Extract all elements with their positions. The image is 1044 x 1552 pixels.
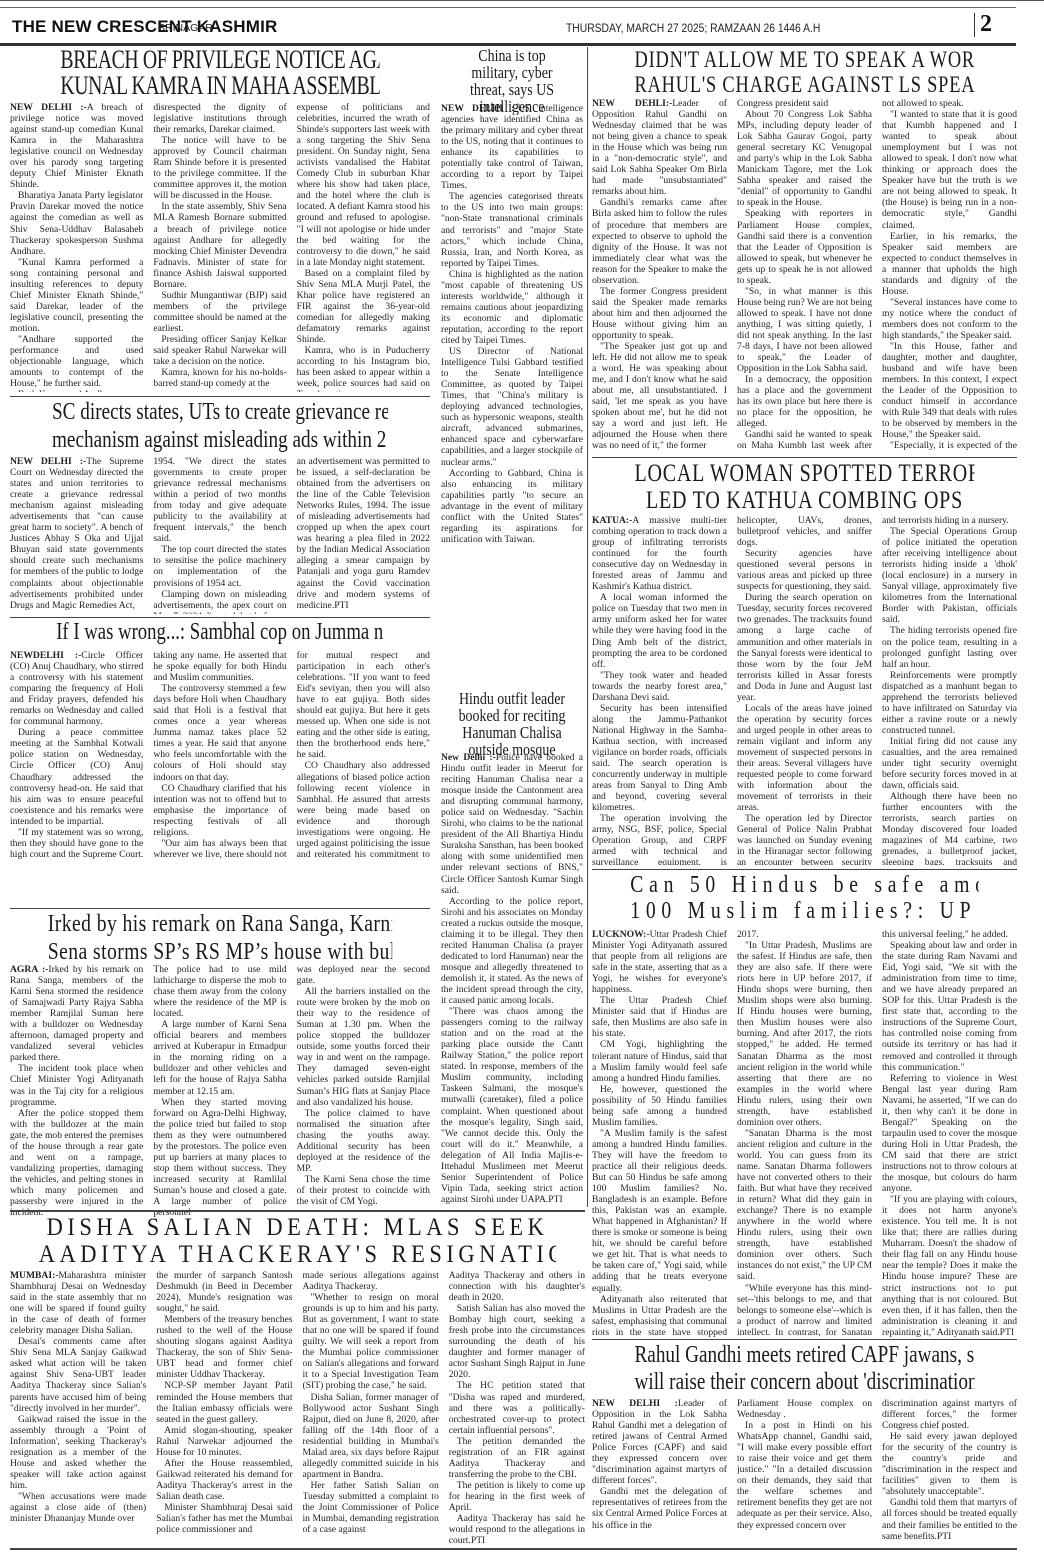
article-column: Congress president said About 70 Congres… [737, 98, 872, 452]
headline: If I was wrong...: Sambhal cop on Jumma … [56, 620, 384, 644]
section-divider [10, 396, 430, 397]
article-column: not allowed to speak. "I wanted to state… [882, 98, 1017, 452]
headline: Can 50 Hindus be safe among 100 Muslim f… [630, 872, 979, 924]
column-divider [587, 47, 588, 1207]
headline-line-1: Hindu outfit leader booked for reciting … [454, 690, 570, 758]
dateline: NEW DELHI :- [10, 102, 87, 113]
section-divider [592, 457, 1017, 458]
story-disha-salian: DISHA SALIAN DEATH: MLAS SEEK AADITYA TH… [10, 1214, 585, 1546]
headline-line-1: Irked by his remark on Rana Sanga, Karni [48, 910, 392, 938]
section-divider [10, 1210, 585, 1212]
article-column: NEWDELHI :-Circle Officer (CO) Anuj Chau… [10, 650, 143, 860]
headline: SC directs states, UTs to create grievan… [52, 398, 388, 454]
article-column: NEW DELHI :-The Supreme Court on Wednesd… [10, 456, 143, 614]
page-number-separator [974, 13, 975, 37]
section-divider [10, 908, 430, 909]
article-column: New Delhi :-Police have booked a Hindu o… [441, 752, 583, 1204]
page-number: 2 [980, 11, 992, 38]
article-column: and terrorists hiding in a nursery. The … [882, 515, 1017, 865]
article-column: for mutual respect and participation in … [297, 650, 430, 860]
dateline: NEWDELHI :- [10, 650, 81, 661]
section-divider [10, 617, 430, 618]
article-column: made serious allegations against Aaditya… [303, 1270, 439, 1546]
dateline: LUCKNOW:- [592, 929, 650, 940]
article-column: helicopter, UAVs, drones, bulletproof ve… [737, 515, 872, 865]
city-label: SRINAGAR [158, 22, 213, 34]
article-column: taking any name. He asserted that he spo… [153, 650, 286, 860]
story-rahul-speaker: DIDN'T ALLOW ME TO SPEAK A WORD: RAHUL'S… [592, 47, 1017, 452]
headline-line-2: 100 Muslim families?: UP CM [630, 898, 979, 924]
headline: DISHA SALIAN DEATH: MLAS SEEK AADITYA TH… [39, 1214, 557, 1268]
top-rule [0, 7, 1016, 8]
dateline: NEW DELHI :- [441, 103, 518, 114]
article-column: Parliament House complex on Wednesday . … [737, 1398, 872, 1544]
headline: Rahul Gandhi meets retired CAPF jawans, … [635, 1342, 975, 1396]
headline: LOCAL WOMAN SPOTTED TERRORISTS, LED TO K… [635, 460, 975, 514]
headline: DIDN'T ALLOW ME TO SPEAK A WORD: RAHUL'S… [635, 47, 975, 97]
newspaper-name: THE NEW CRESCENT KASHMIR [12, 17, 277, 37]
story-kathua: LOCAL WOMAN SPOTTED TERRORISTS, LED TO K… [592, 460, 1017, 865]
section-divider [592, 1339, 1017, 1340]
story-kamra: BREACH OF PRIVILEGE NOTICE AGAINST KUNAL… [10, 47, 430, 392]
story-sc-ads: SC directs states, UTs to create grievan… [10, 398, 430, 610]
story-china: China is top military, cyber threat, say… [441, 47, 583, 547]
headline-line-1: SC directs states, UTs to create grievan… [52, 398, 388, 426]
headline-line-2: RAHUL'S CHARGE AGAINST LS SPEAKER [635, 72, 975, 97]
headline-line-1: DIDN'T ALLOW ME TO SPEAK A WORD: [635, 47, 975, 72]
article-column: AGRA :-Irked by his remark on Rana Sanga… [10, 964, 143, 1226]
headline-line-2: AADITYA THACKERAY'S RESIGNATION [39, 1241, 557, 1268]
article-column: 1954. "We direct the states governments … [153, 456, 286, 614]
story-karni-sena: Irked by his remark on Rana Sanga, Karni… [10, 910, 430, 1230]
article-column: NEW DEHLI:-Leader of Opposition Rahul Ga… [592, 98, 727, 452]
masthead: THE NEW CRESCENT KASHMIR SRINAGAR THURSD… [0, 0, 1044, 44]
article-column: discrimination against martyrs of differ… [882, 1398, 1017, 1544]
headline-line-1: Can 50 Hindus be safe among [630, 872, 979, 898]
dateline: MUMBAI:- [10, 1270, 59, 1281]
article-column: NEW DELHI :-US intelligence agencies hav… [441, 103, 583, 543]
article-column: KATUA:-A massive multi-tier combing oper… [592, 515, 727, 865]
story-up-cm: Can 50 Hindus be safe among 100 Muslim f… [592, 872, 1017, 1337]
article-column: MUMBAI:-Maharashtra minister Shambhuraj … [10, 1270, 146, 1546]
masthead-rule [0, 43, 1016, 46]
article-column: The police had to use mild lathicharge t… [153, 964, 286, 1226]
section-divider [592, 869, 1017, 870]
story-capf: Rahul Gandhi meets retired CAPF jawans, … [592, 1342, 1017, 1546]
dateline: NEW DELHI : [592, 1398, 678, 1409]
issue-date: THURSDAY, MARCH 27 2025; RAMZAAN 26 1446… [566, 21, 820, 35]
headline-line-2: LED TO KATHUA COMBING OPS [635, 487, 975, 514]
article-column: an advertisement was permitted to be iss… [297, 456, 430, 614]
headline: BREACH OF PRIVILEGE NOTICE AGAINST KUNAL… [60, 47, 379, 99]
headline-line-1: If I was wrong...: Sambhal cop on Jumma … [56, 620, 384, 644]
page-bottom-rule [10, 1548, 1017, 1550]
article-column: expense of politicians and celebrities, … [297, 102, 430, 392]
article-column: the murder of sarpanch Santosh Deshmukh … [156, 1270, 292, 1546]
dateline: KATUA:- [592, 515, 632, 526]
dateline: NEW DEHLI:- [592, 98, 672, 109]
headline-line-2: will raise their concern about 'discrimi… [635, 1369, 975, 1396]
story-sambhal: If I was wrong...: Sambhal cop on Jumma … [10, 620, 430, 860]
article-column: disrespected the dignity of legislative … [153, 102, 286, 392]
dateline: New Delhi :- [441, 752, 496, 763]
headline: Hindu outfit leader booked for reciting … [454, 690, 570, 758]
article-column: LUCKNOW:-Uttar Pradesh Chief Minister Yo… [592, 929, 727, 1337]
headline-line-2: mechanism against misleading ads within … [52, 426, 388, 454]
article-column: NEW DELHI :-A breach of privilege notice… [10, 102, 143, 392]
article-column: this universal feeling," he added. Speak… [882, 929, 1017, 1337]
article-column: was deployed near the second gate. All t… [297, 964, 430, 1226]
article-column: NEW DELHI :Leader of Opposition in the L… [592, 1398, 727, 1544]
article-column: 2017. "In Uttar Pradesh, Muslims are the… [737, 929, 872, 1337]
headline-line-2: KUNAL KAMRA IN MAHA ASSEMBLY [60, 73, 379, 99]
article-column: Aaditya Thackeray and others in connecti… [449, 1270, 585, 1546]
headline-line-2: Sena storms SP’s RS MP’s house with bull… [48, 938, 392, 966]
dateline: AGRA :- [10, 964, 48, 975]
headline: Irked by his remark on Rana Sanga, Karni… [48, 910, 392, 966]
headline-line-1: Rahul Gandhi meets retired CAPF jawans, … [635, 1342, 975, 1369]
story-hindu-outfit: Hindu outfit leader booked for reciting … [441, 690, 583, 1210]
headline-line-1: DISHA SALIAN DEATH: MLAS SEEK [39, 1214, 557, 1241]
dateline: NEW DELHI :- [10, 456, 86, 467]
headline-line-1: LOCAL WOMAN SPOTTED TERRORISTS, [635, 460, 975, 487]
headline-line-1: BREACH OF PRIVILEGE NOTICE AGAINST [60, 47, 379, 73]
